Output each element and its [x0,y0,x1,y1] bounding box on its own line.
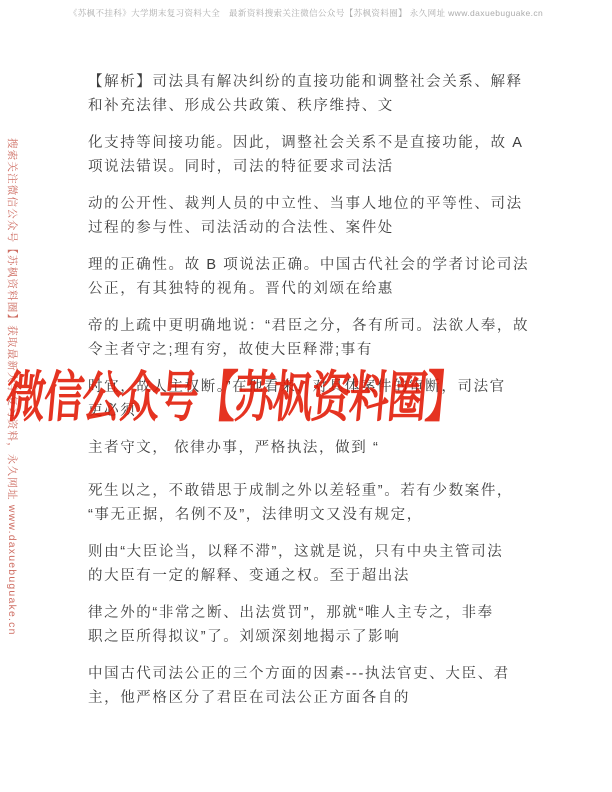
text-line: 【解析】司法具有解决纠纷的直接功能和调整社会关系、解释 [88,70,528,94]
text-line: 过程的参与性、司法活动的合法性、案件处 [88,216,528,240]
page-header-text: 《苏枫不挂科》大学期末复习资料大全 最新资料搜索关注微信公众号【苏枫资料圈】 永… [0,7,612,19]
text-line: 主者守文， 依律办事，严格执法，做到 “ [88,436,528,460]
text-line: 帝的上疏中更明确地说：“君臣之分，各有所司。法欲人奉，故 [88,314,528,338]
paragraph: 【解析】司法具有解决纠纷的直接功能和调整社会关系、解释 和补充法律、形成公共政策… [88,70,528,118]
paragraph: 死生以之，不敢错思于成制之外以差轻重”。若有少数案件， “事无正据，名例不及”，… [88,479,528,527]
text-line: 中国古代司法公正的三个方面的因素---执法官吏、大臣、君 [88,662,528,686]
paragraph: 理的正确性。故 B 项说法正确。中国古代社会的学者讨论司法 公正，有其独特的视角… [88,253,528,301]
text-line: 主，他严格区分了君臣在司法公正方面各自的 [88,686,528,710]
paragraph: 化支持等间接功能。因此，调整社会关系不是直接功能，故 A 项说法错误。同时，司法… [88,131,528,179]
paragraph: 动的公开性、裁判人员的中立性、当事人地位的平等性、司法 过程的参与性、司法活动的… [88,192,528,240]
text-line: 理的正确性。故 B 项说法正确。中国古代社会的学者讨论司法 [88,253,528,277]
text-line: 的大臣有一定的解释、变通之权。至于超出法 [88,564,528,588]
paragraph: 则由“大臣论当，以释不滞”，这就是说，只有中央主管司法 的大臣有一定的解释、变通… [88,540,528,588]
paragraph: 律之外的“非常之断、出法赏罚”，那就“唯人主专之，非奉 职之臣所得拟议”了。刘颂… [88,601,528,649]
center-red-watermark: 微信公众号【苏枫资料圈】 [3,353,468,432]
document-page: 《苏枫不挂科》大学期末复习资料大全 最新资料搜索关注微信公众号【苏枫资料圈】 永… [0,0,612,792]
text-line: 律之外的“非常之断、出法赏罚”，那就“唯人主专之，非奉 [88,601,528,625]
text-line: 动的公开性、裁判人员的中立性、当事人地位的平等性、司法 [88,192,528,216]
text-line: 职之臣所得拟议”了。刘颂深刻地揭示了影响 [88,625,528,649]
paragraph: 主者守文， 依律办事，严格执法，做到 “ [88,436,528,460]
paragraph: 中国古代司法公正的三个方面的因素---执法官吏、大臣、君 主，他严格区分了君臣在… [88,662,528,710]
text-line: 化支持等间接功能。因此，调整社会关系不是直接功能，故 A [88,131,528,155]
text-line: 项说法错误。同时，司法的特征要求司法活 [88,155,528,179]
text-line: 和补充法律、形成公共政策、秩序维持、文 [88,94,528,118]
text-line: 死生以之，不敢错思于成制之外以差轻重”。若有少数案件， [88,479,528,503]
text-line: 公正，有其独特的视角。晋代的刘颂在给惠 [88,277,528,301]
text-line: “事无正据，名例不及”，法律明文又没有规定， [88,503,528,527]
text-line: 则由“大臣论当，以释不滞”，这就是说，只有中央主管司法 [88,540,528,564]
